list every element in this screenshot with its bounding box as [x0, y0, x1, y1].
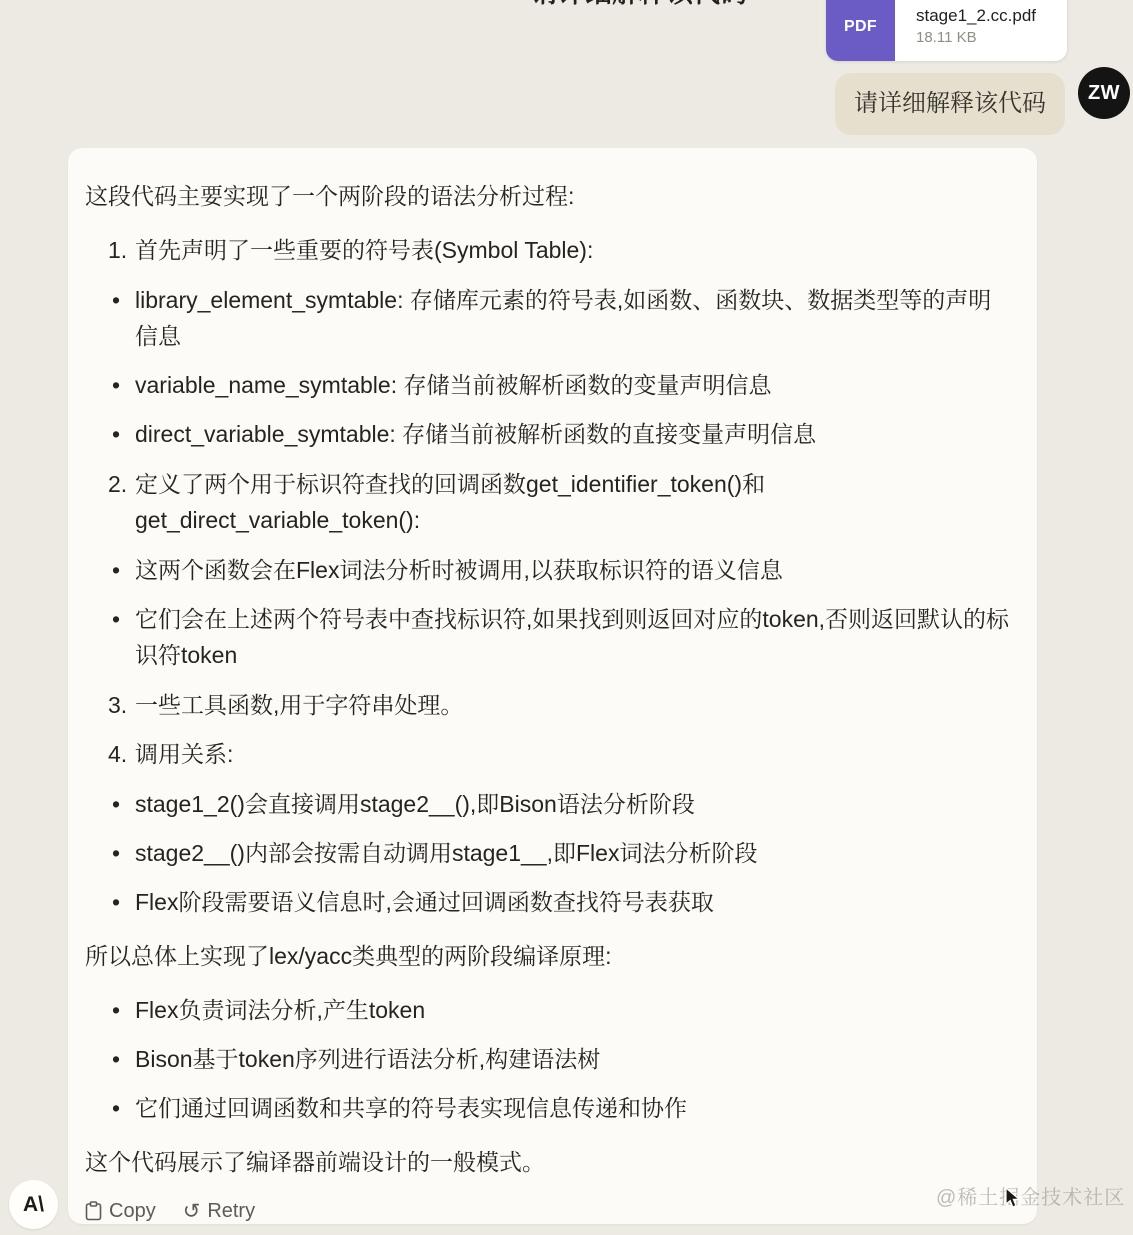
list-number: 4.	[108, 736, 135, 772]
bullet-item-text: direct_variable_symtable: 存储当前被解析函数的直接变量…	[135, 421, 816, 447]
response-paragraph: 这个代码展示了编译器前端设计的一般模式。	[85, 1144, 1013, 1180]
bullet-dot: •	[112, 884, 132, 920]
numbered-item-text: 调用关系:	[135, 741, 233, 767]
bullet-item-text: variable_name_symtable: 存储当前被解析函数的变量声明信息	[135, 372, 771, 398]
numbered-item-text: 定义了两个用于标识符查找的回调函数get_identifier_token()和…	[135, 471, 765, 533]
bullet-dot: •	[112, 835, 132, 871]
numbered-list: 3. 一些工具函数,用于字符串处理。 4. 调用关系:	[85, 687, 1013, 772]
retry-button-label: Retry	[207, 1198, 255, 1224]
clipboard-icon	[85, 1201, 102, 1221]
numbered-item: 4. 调用关系:	[135, 736, 1013, 772]
bullet-list: • library_element_symtable: 存储库元素的符号表,如函…	[85, 282, 1013, 452]
assistant-response-card: 这段代码主要实现了一个两阶段的语法分析过程: 1. 首先声明了一些重要的符号表(…	[68, 148, 1037, 1224]
numbered-list: 1. 首先声明了一些重要的符号表(Symbol Table):	[85, 232, 1013, 268]
clipped-previous-text: 请详细解释该代码	[531, 0, 781, 9]
copy-button-label: Copy	[109, 1198, 156, 1224]
mouse-cursor-icon	[1004, 1187, 1022, 1216]
retry-button[interactable]: ↺ Retry	[183, 1198, 255, 1224]
bullet-dot: •	[112, 786, 132, 822]
bullet-item-text: stage1_2()会直接调用stage2__(),即Bison语法分析阶段	[135, 791, 695, 817]
bullet-item: • 这两个函数会在Flex词法分析时被调用,以获取标识符的语义信息	[135, 552, 1013, 588]
bullet-dot: •	[112, 552, 132, 588]
bullet-dot: •	[112, 367, 132, 403]
bullet-item-text: Flex负责词法分析,产生token	[135, 997, 425, 1023]
numbered-item-text: 一些工具函数,用于字符串处理。	[135, 692, 463, 718]
bullet-item: • library_element_symtable: 存储库元素的符号表,如函…	[135, 282, 1013, 354]
bullet-item: • 它们通过回调函数和共享的符号表实现信息传递和协作	[135, 1090, 1013, 1126]
pdf-badge-label: PDF	[844, 18, 877, 36]
bullet-dot: •	[112, 416, 132, 452]
bullet-item: • Flex负责词法分析,产生token	[135, 992, 1013, 1028]
attachment-filename: stage1_2.cc.pdf	[916, 5, 1036, 26]
numbered-list: 2. 定义了两个用于标识符查找的回调函数get_identifier_token…	[85, 466, 1013, 538]
list-number: 2.	[108, 466, 135, 502]
response-paragraph: 这段代码主要实现了一个两阶段的语法分析过程:	[85, 178, 1013, 214]
bullet-item-text: 它们通过回调函数和共享的符号表实现信息传递和协作	[135, 1095, 687, 1121]
assistant-avatar: A\	[9, 1180, 58, 1229]
bullet-item: • Flex阶段需要语义信息时,会通过回调函数查找符号表获取	[135, 884, 1013, 920]
watermark-text: @稀土掘金技术社区	[936, 1181, 1125, 1210]
bullet-item: • Bison基于token序列进行语法分析,构建语法树	[135, 1041, 1013, 1077]
bullet-list: • Flex负责词法分析,产生token • Bison基于token序列进行语…	[85, 992, 1013, 1126]
numbered-item: 1. 首先声明了一些重要的符号表(Symbol Table):	[135, 232, 1013, 268]
bullet-item-text: Bison基于token序列进行语法分析,构建语法树	[135, 1046, 600, 1072]
numbered-item-text: 首先声明了一些重要的符号表(Symbol Table):	[135, 237, 593, 263]
bullet-list: • stage1_2()会直接调用stage2__(),即Bison语法分析阶段…	[85, 786, 1013, 920]
attachment-filesize: 18.11 KB	[916, 28, 1036, 47]
copy-button[interactable]: Copy	[85, 1198, 156, 1224]
user-avatar-initials: ZW	[1088, 82, 1120, 105]
bullet-dot: •	[112, 282, 132, 318]
user-message-bubble: 请详细解释该代码	[835, 73, 1065, 135]
message-actions: Copy ↺ Retry	[85, 1198, 1013, 1224]
bullet-item-text: 它们会在上述两个符号表中查找标识符,如果找到则返回对应的token,否则返回默认…	[135, 606, 1009, 668]
bullet-item: • stage1_2()会直接调用stage2__(),即Bison语法分析阶段	[135, 786, 1013, 822]
bullet-item: • 它们会在上述两个符号表中查找标识符,如果找到则返回对应的token,否则返回…	[135, 601, 1013, 673]
attachment-meta: stage1_2.cc.pdf 18.11 KB	[895, 0, 1036, 61]
bullet-item-text: stage2__()内部会按需自动调用stage1__,即Flex词法分析阶段	[135, 840, 757, 866]
numbered-item: 2. 定义了两个用于标识符查找的回调函数get_identifier_token…	[135, 466, 1013, 538]
bullet-item: • variable_name_symtable: 存储当前被解析函数的变量声明…	[135, 367, 1013, 403]
claude-logo-icon: A\	[23, 1193, 44, 1217]
pdf-file-icon: PDF	[826, 0, 895, 61]
bullet-item: • direct_variable_symtable: 存储当前被解析函数的直接…	[135, 416, 1013, 452]
numbered-item: 3. 一些工具函数,用于字符串处理。	[135, 687, 1013, 723]
bullet-dot: •	[112, 1090, 132, 1126]
bullet-item-text: library_element_symtable: 存储库元素的符号表,如函数、…	[135, 287, 991, 349]
bullet-dot: •	[112, 992, 132, 1028]
user-avatar[interactable]: ZW	[1078, 67, 1130, 119]
list-number: 3.	[108, 687, 135, 723]
bullet-item-text: Flex阶段需要语义信息时,会通过回调函数查找符号表获取	[135, 889, 714, 915]
bullet-list: • 这两个函数会在Flex词法分析时被调用,以获取标识符的语义信息 • 它们会在…	[85, 552, 1013, 673]
list-number: 1.	[108, 232, 135, 268]
user-message-text: 请详细解释该代码	[854, 90, 1046, 117]
bullet-item-text: 这两个函数会在Flex词法分析时被调用,以获取标识符的语义信息	[135, 557, 783, 583]
bullet-dot: •	[112, 601, 132, 637]
retry-icon: ↺	[183, 1201, 201, 1222]
pdf-attachment-card[interactable]: PDF stage1_2.cc.pdf 18.11 KB	[826, 0, 1067, 61]
bullet-item: • stage2__()内部会按需自动调用stage1__,即Flex词法分析阶…	[135, 835, 1013, 871]
response-paragraph: 所以总体上实现了lex/yacc类典型的两阶段编译原理:	[85, 938, 1013, 974]
bullet-dot: •	[112, 1041, 132, 1077]
